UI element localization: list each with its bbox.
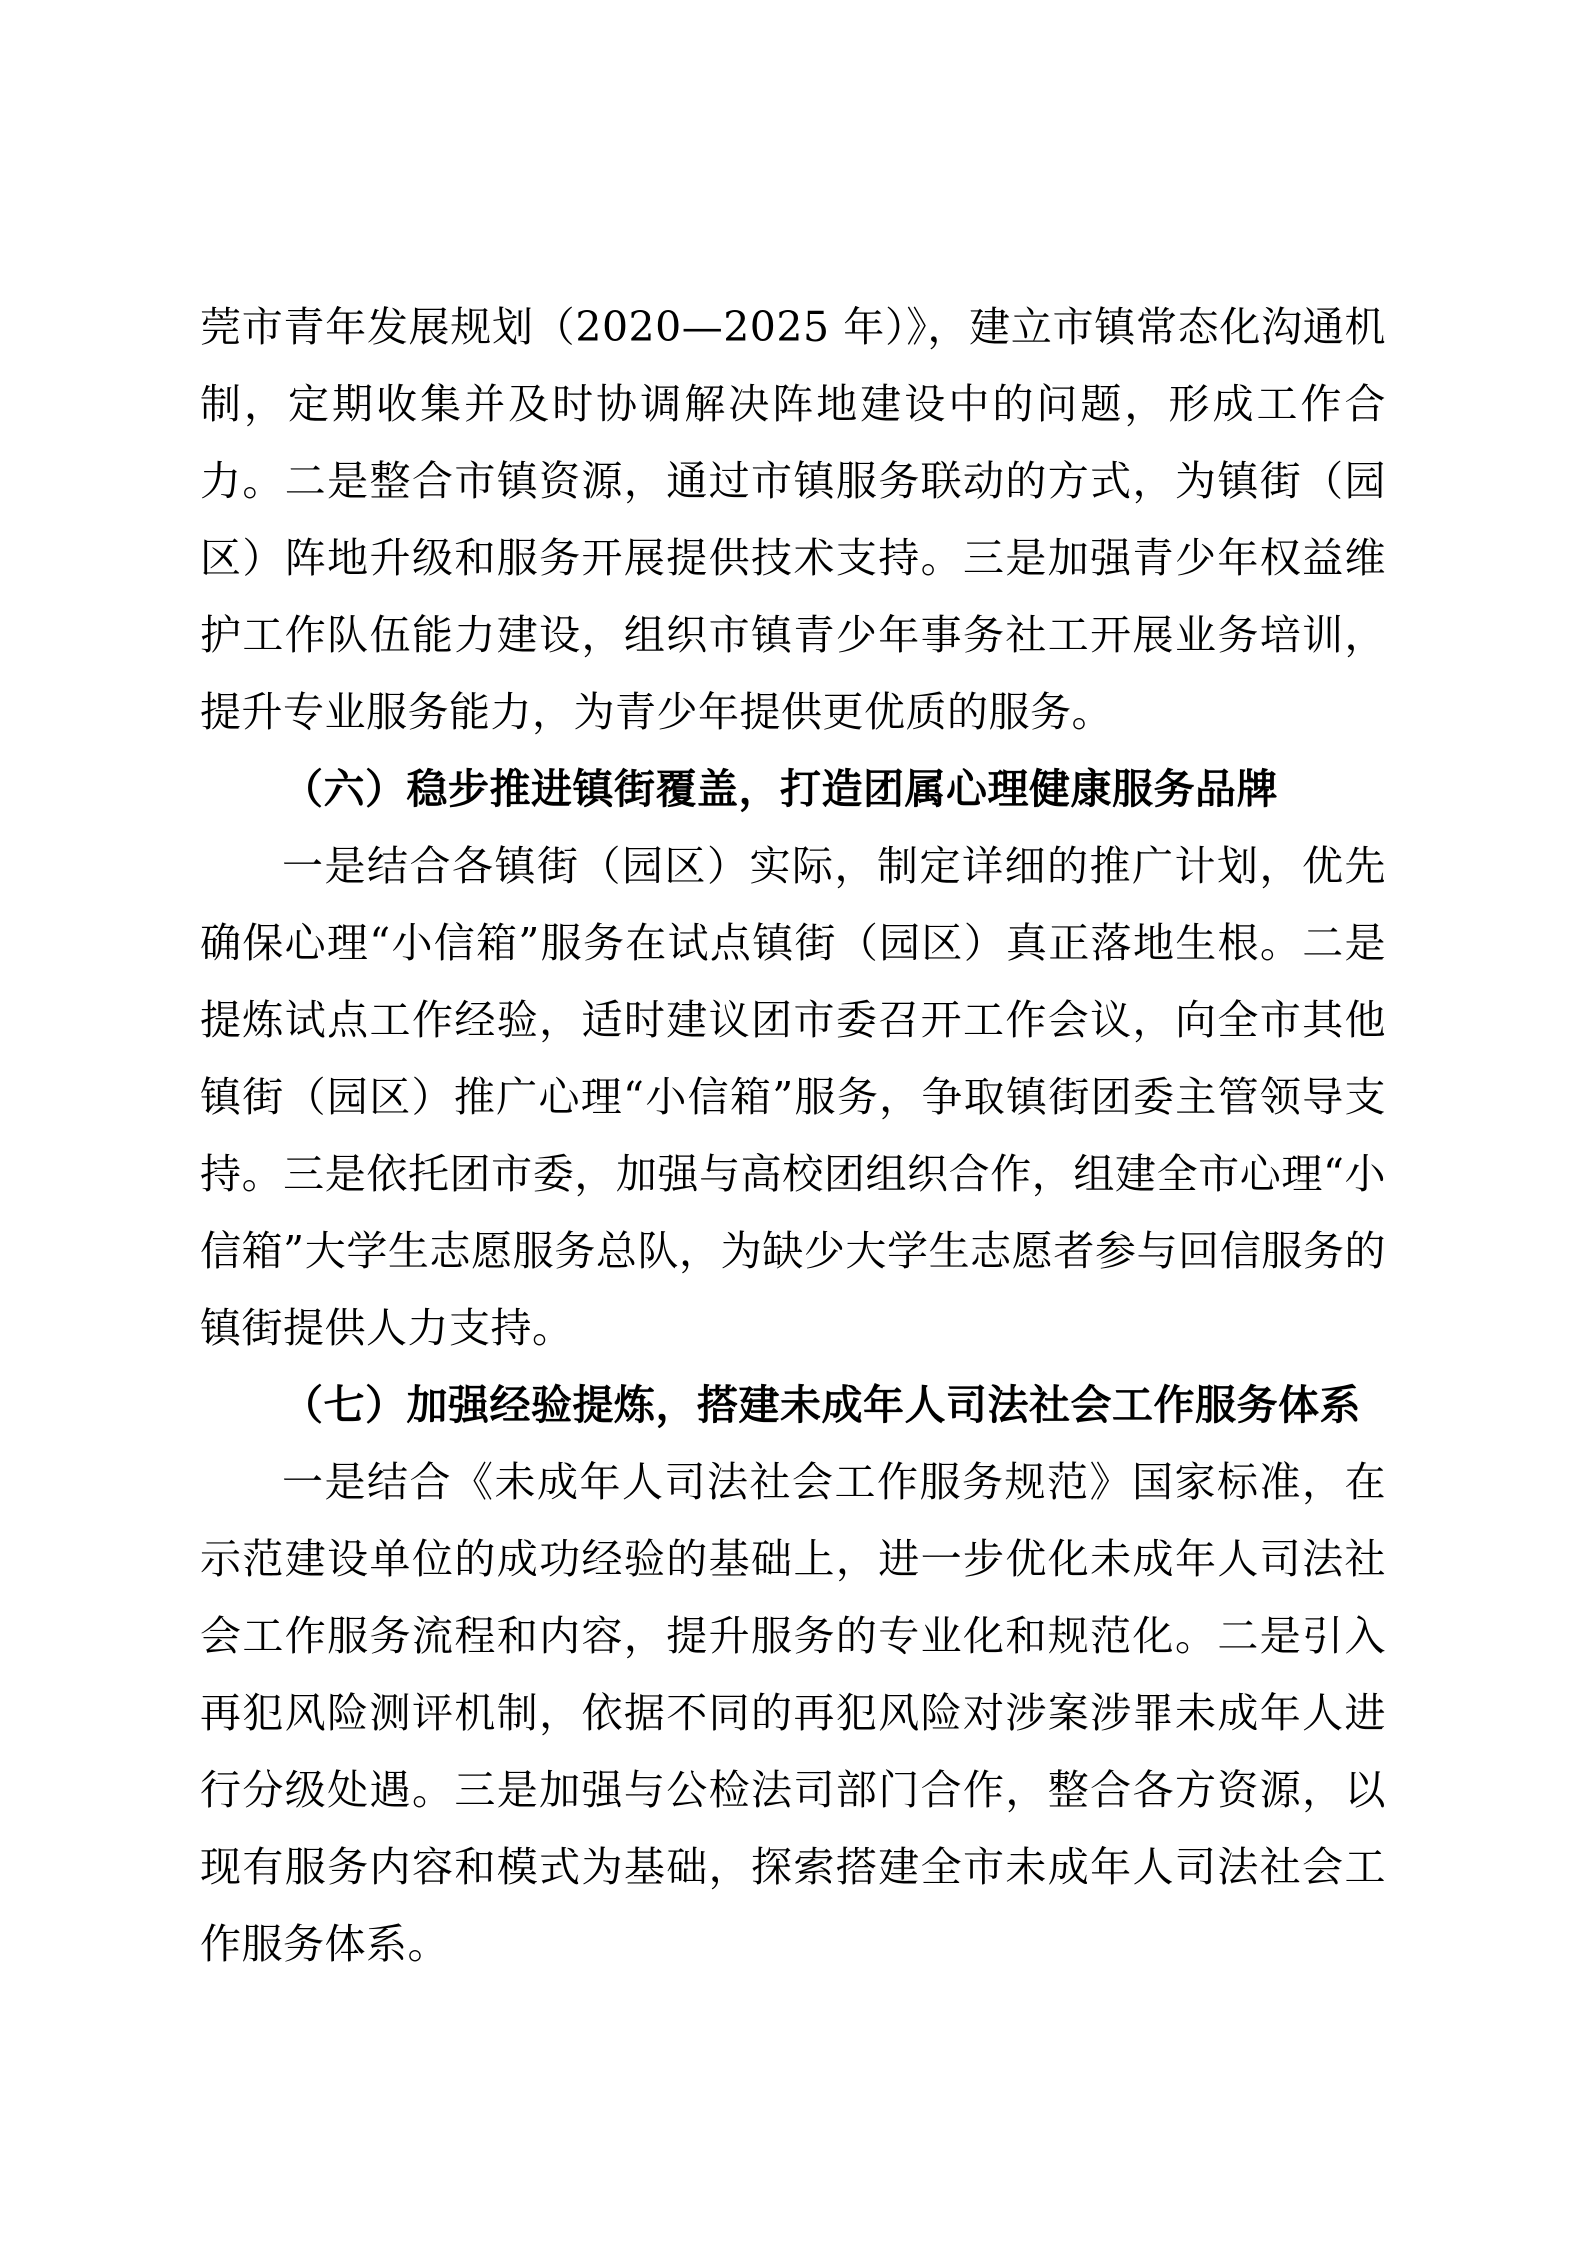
section-heading-six: （六）稳步推进镇街覆盖，打造团属心理健康服务品牌	[200, 751, 1386, 828]
section-heading-seven: （七）加强经验提炼，搭建未成年人司法社会工作服务体系	[200, 1367, 1386, 1444]
document-page: 莞市青年发展规划（2020—2025 年）》，建立市镇常态化沟通机制，定期收集并…	[0, 0, 1587, 2245]
paragraph-section-six: 一是结合各镇街（园区）实际，制定详细的推广计划，优先确保心理“小信箱”服务在试点…	[200, 828, 1386, 1367]
paragraph-continuation: 莞市青年发展规划（2020—2025 年）》，建立市镇常态化沟通机制，定期收集并…	[200, 289, 1386, 751]
document-text-block: 莞市青年发展规划（2020—2025 年）》，建立市镇常态化沟通机制，定期收集并…	[200, 289, 1386, 1983]
paragraph-section-seven: 一是结合《未成年人司法社会工作服务规范》国家标准，在示范建设单位的成功经验的基础…	[200, 1444, 1386, 1983]
